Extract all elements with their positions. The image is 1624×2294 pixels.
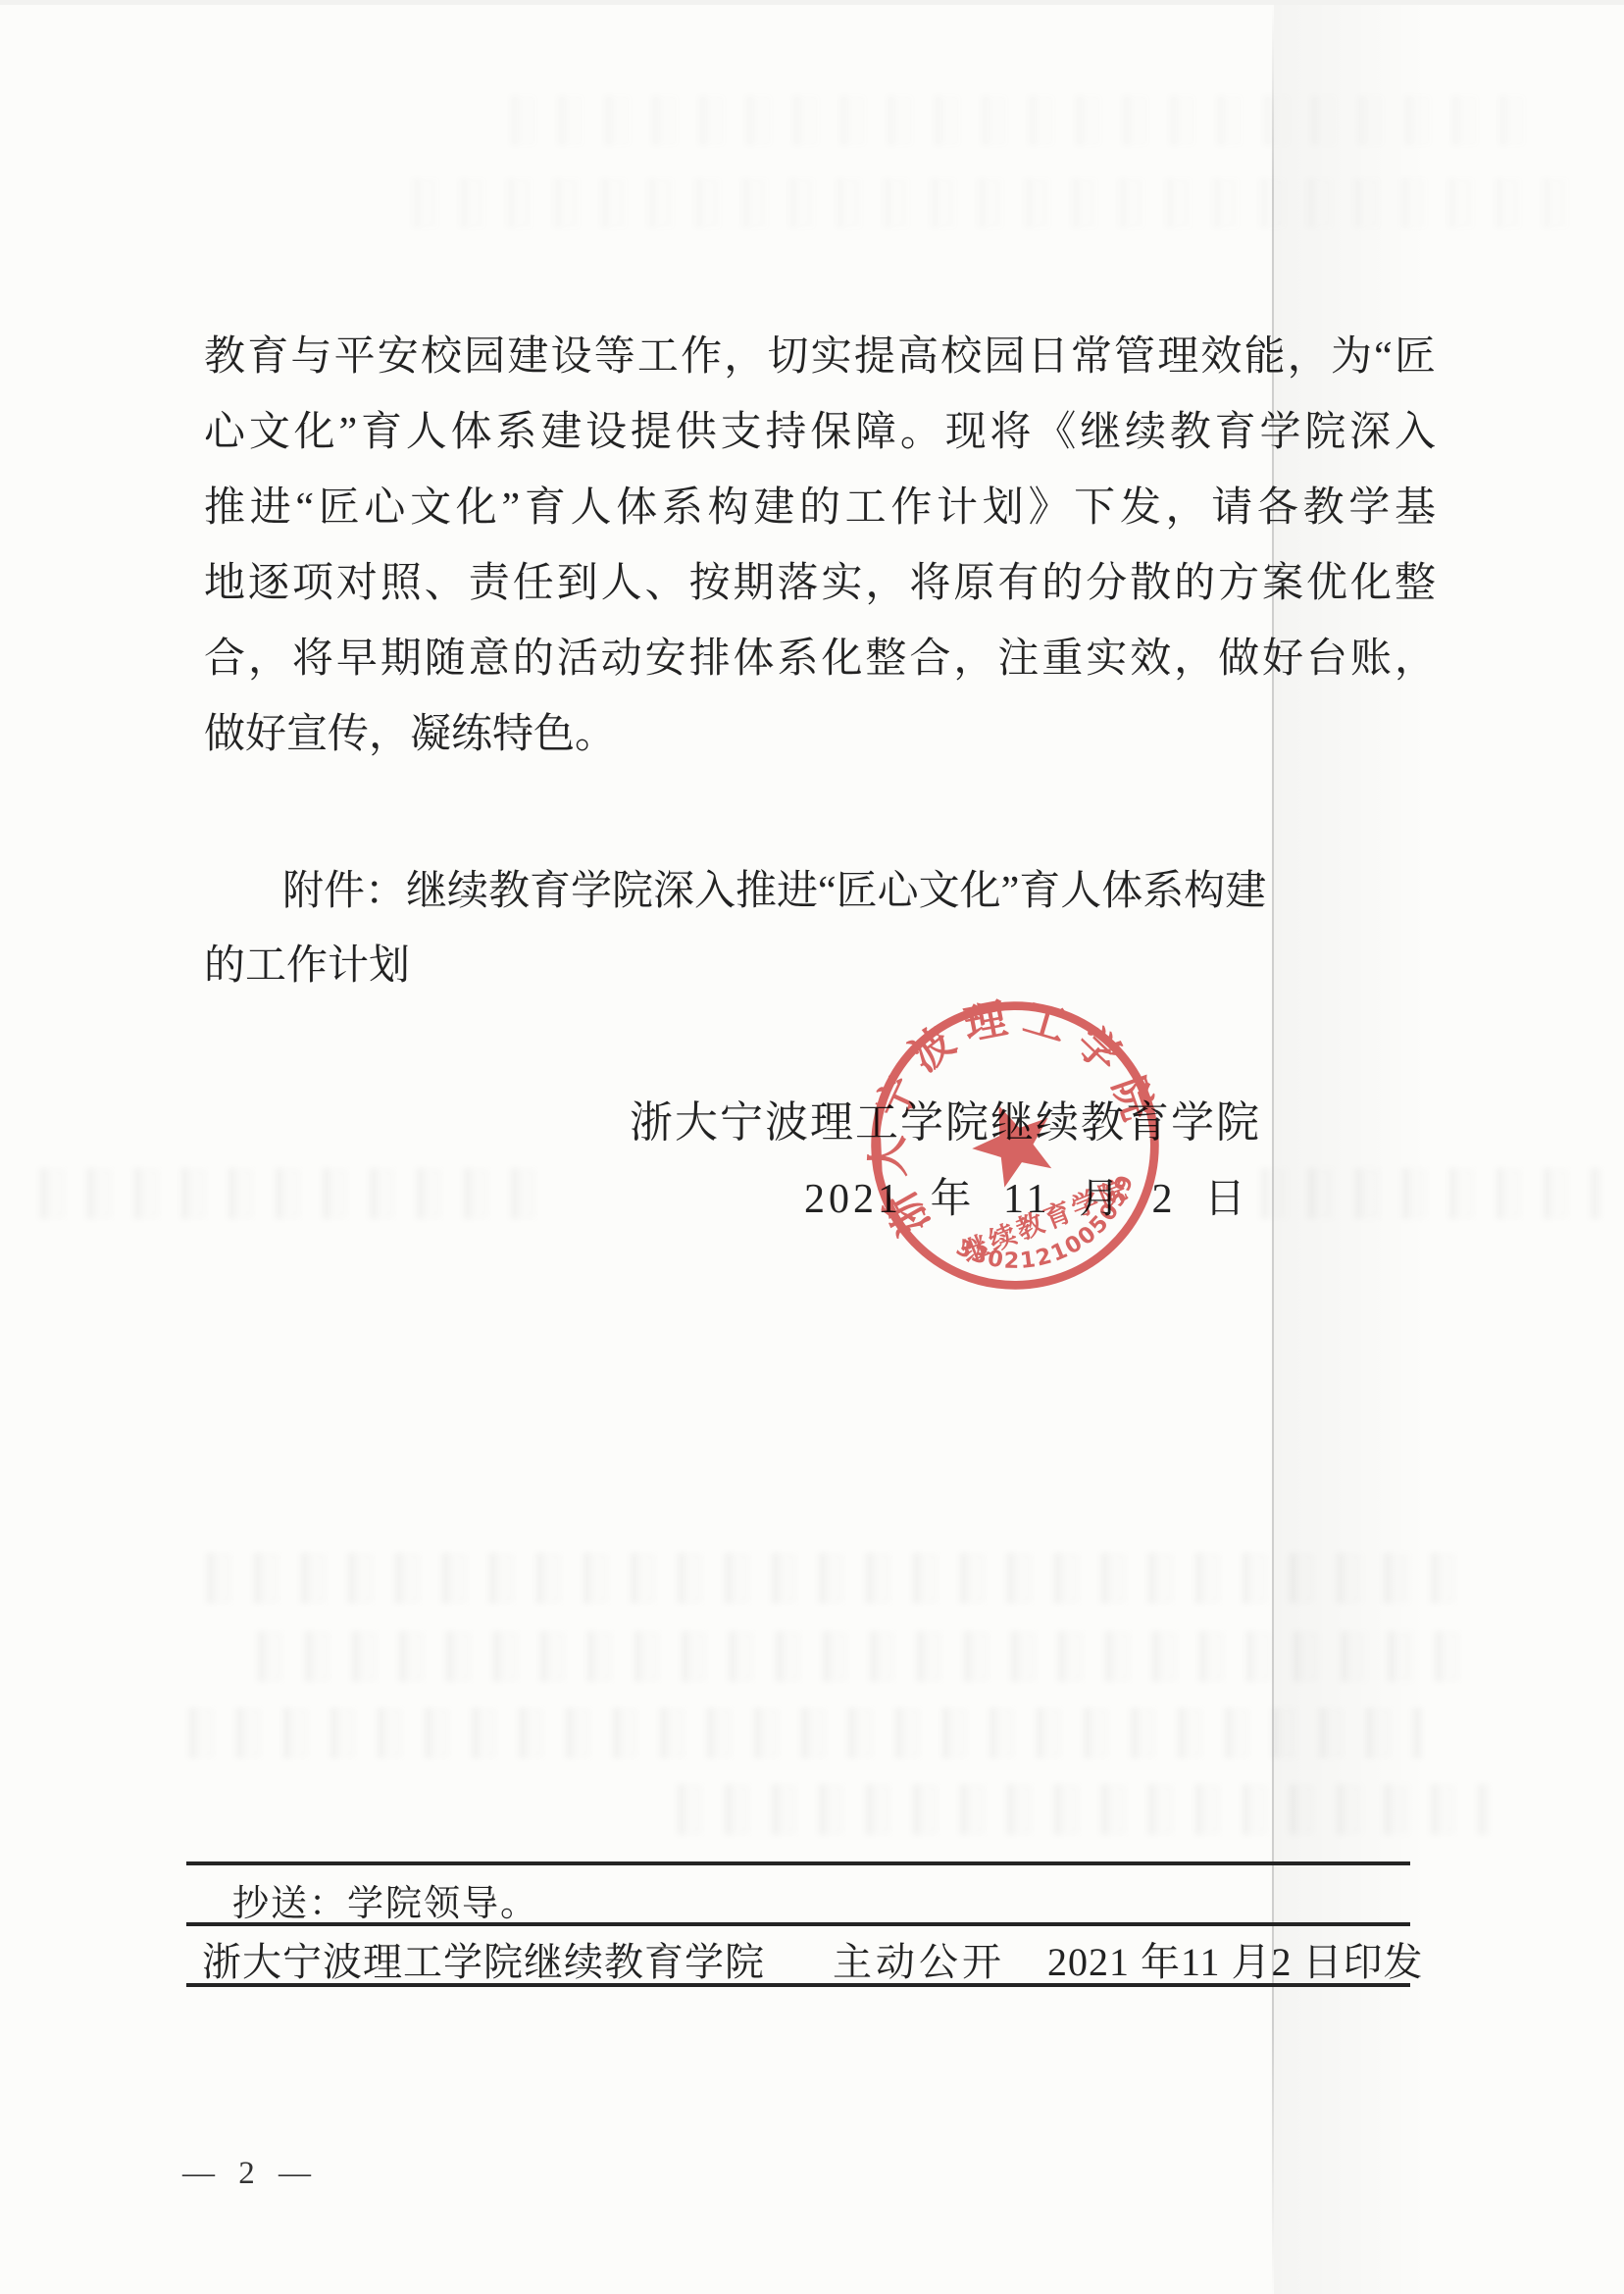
- footer-issuer: 浙大宁波理工学院继续教育学院: [202, 1931, 765, 1987]
- attachment-line: 附件：继续教育学院深入推进“匠心文化”育人体系构建: [204, 854, 1436, 929]
- document-page: 教育与平安校园建设等工作，切实提高校园日常管理效能，为“匠 心文化”育人体系建设…: [0, 0, 1624, 2294]
- page-number: — 2 —: [182, 2156, 319, 2192]
- body-line: 合，将早期随意的活动安排体系化整合，注重实效，做好台账，: [204, 622, 1436, 697]
- footer-publicity: 主动公开: [833, 1931, 1005, 1987]
- footer-print-date: 2021 年11 月2 日印发: [1047, 1931, 1424, 1987]
- footer-rule-bottom: [186, 1983, 1410, 1987]
- body-paragraph: 教育与平安校园建设等工作，切实提高校园日常管理效能，为“匠 心文化”育人体系建设…: [204, 320, 1436, 773]
- bleed-through-ghost: [188, 1708, 1424, 1759]
- official-seal: 浙大宁波理工学院 继续教育学院 33021210050596: [862, 993, 1168, 1299]
- attachment-line: 的工作计划: [204, 929, 1436, 1003]
- body-line: 做好宣传，凝练特色。: [204, 697, 1436, 773]
- body-line: 地逐项对照、责任到人、按期落实，将原有的分散的方案优化整: [204, 546, 1436, 622]
- attachment-note: 附件：继续教育学院深入推进“匠心文化”育人体系构建 的工作计划: [204, 854, 1436, 1003]
- footer-cc-line: 抄送：学院领导。: [232, 1873, 538, 1926]
- bleed-through-ghost: [39, 1168, 549, 1219]
- seal-star-icon: [961, 1091, 1066, 1194]
- body-line: 心文化”育人体系建设提供支持保障。现将《继续教育学院深入: [204, 395, 1436, 471]
- body-line: 教育与平安校园建设等工作，切实提高校园日常管理效能，为“匠: [204, 320, 1436, 395]
- body-line: 推进“匠心文化”育人体系构建的工作计划》下发，请各教学基: [204, 471, 1436, 546]
- footer-rule-top: [186, 1861, 1410, 1865]
- footer-rule-middle: [186, 1922, 1410, 1926]
